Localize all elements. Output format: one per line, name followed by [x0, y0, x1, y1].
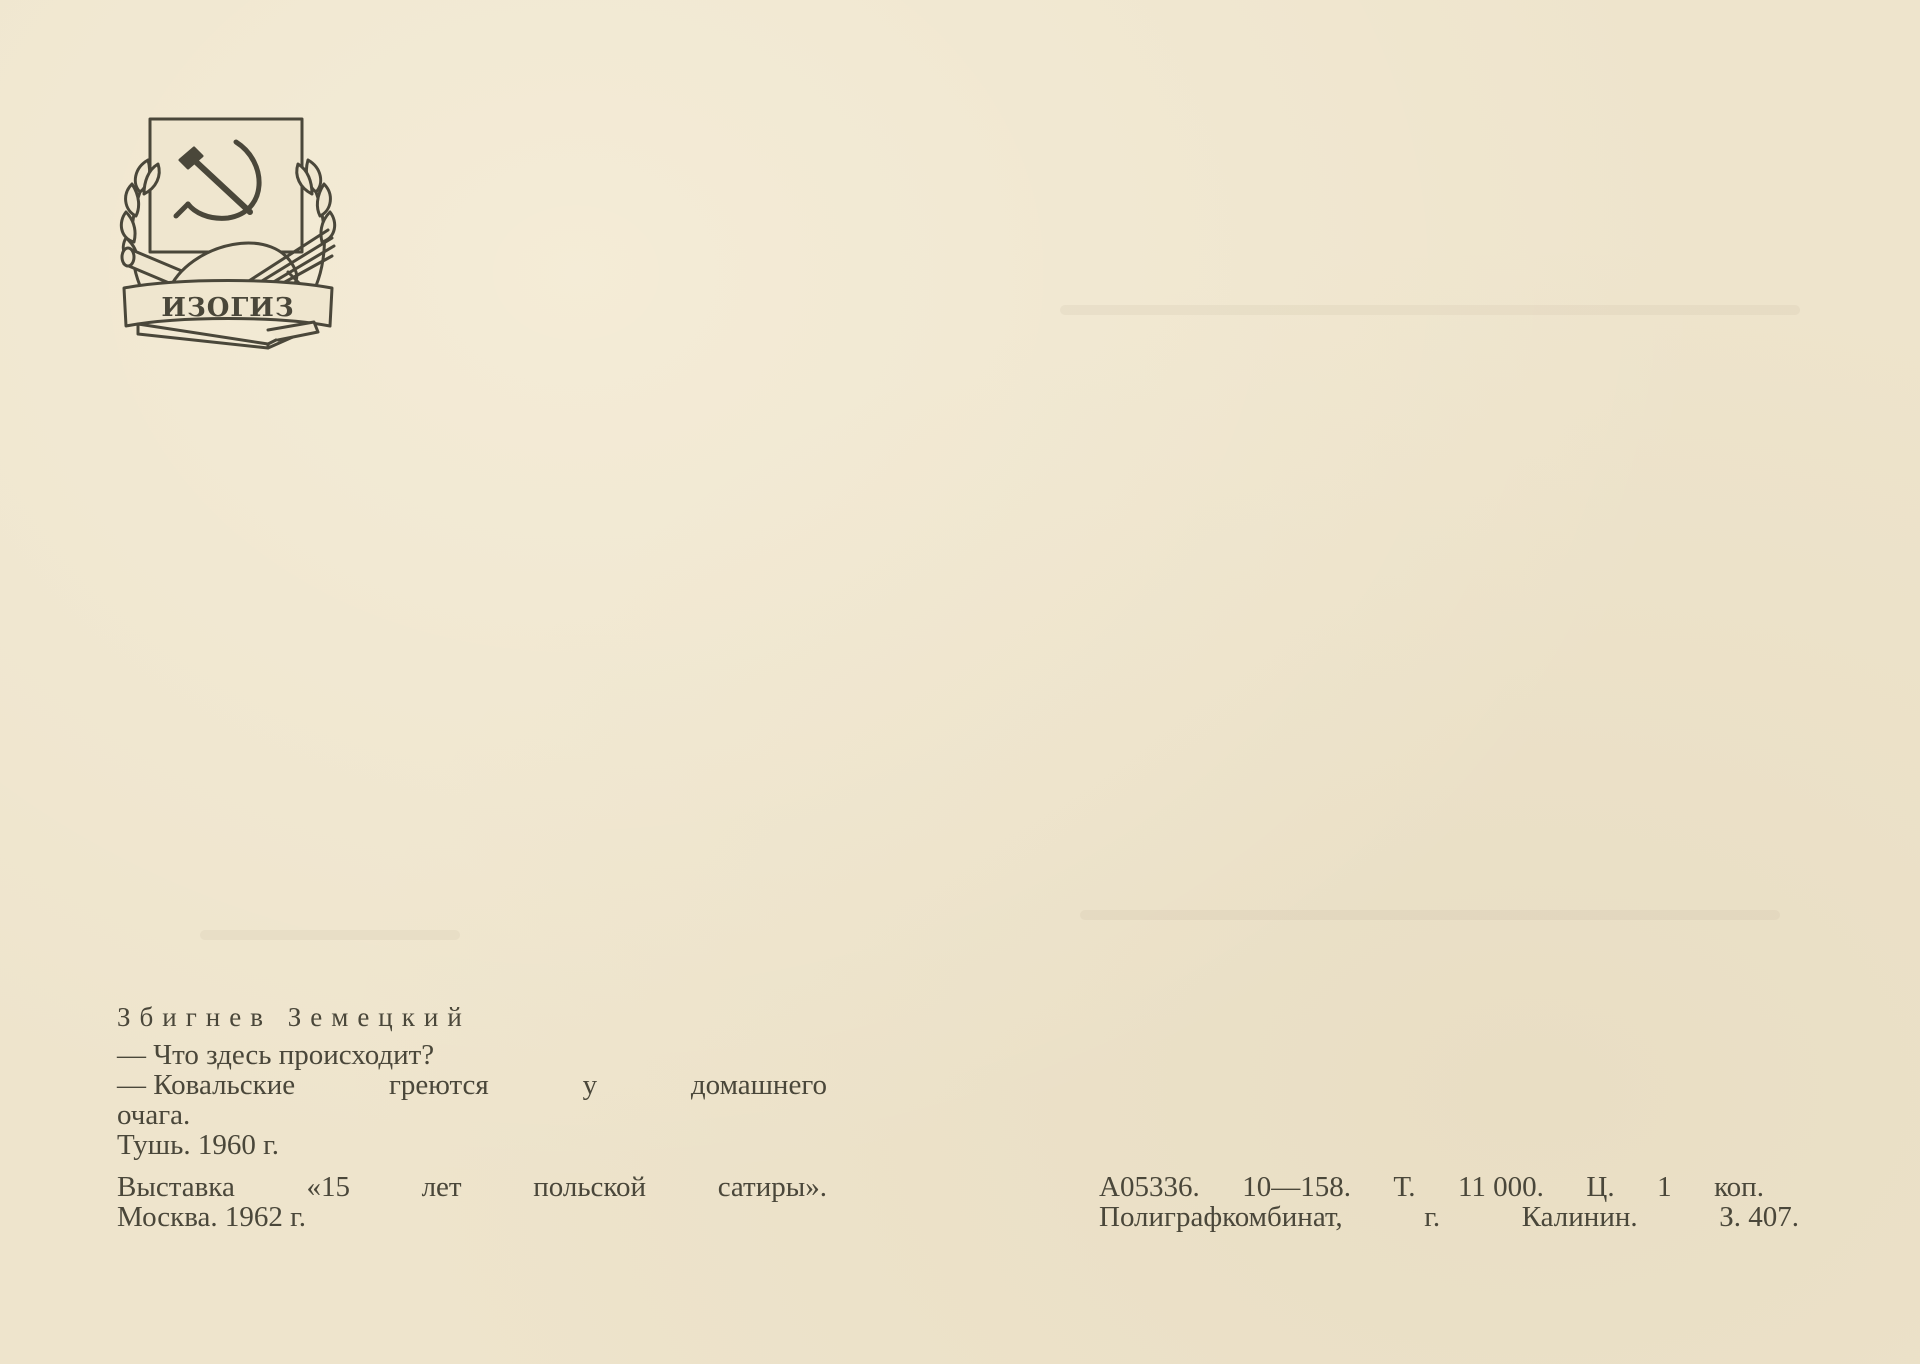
imprint-printer: Полиграфкомбинат, г. Калинин. З. 407.	[1099, 1202, 1799, 1232]
logo-text: ИЗОГИЗ	[161, 293, 294, 323]
word: 11 000.	[1458, 1172, 1544, 1202]
exhibition-info: Выставка «15 лет польской сатиры». Москв…	[117, 1172, 827, 1232]
dialogue-line: очага.	[117, 1100, 837, 1130]
show-through-mark	[200, 930, 460, 940]
word: сатиры».	[718, 1172, 827, 1202]
word: З. 407.	[1719, 1202, 1799, 1232]
book-icon	[138, 322, 318, 348]
word: Калинин.	[1522, 1202, 1638, 1232]
word: г.	[1424, 1202, 1440, 1232]
ribbon-banner: ИЗОГИЗ	[124, 281, 332, 327]
word: лет	[422, 1172, 462, 1202]
show-through-mark	[1060, 305, 1800, 315]
word: 1	[1657, 1172, 1672, 1202]
dialogue-line: — Что здесь происходит?	[117, 1040, 837, 1070]
show-through-mark	[1080, 910, 1780, 920]
artwork-caption: Збигнев Земецкий — Что здесь происходит?…	[117, 1002, 837, 1160]
word: — Ковальские	[117, 1070, 295, 1100]
artist-name: Збигнев Земецкий	[117, 1002, 837, 1032]
word: Полиграфкомбинат,	[1099, 1202, 1343, 1232]
imprint-codes: А05336. 10—158. Т. 11 000. Ц. 1 коп.	[1099, 1172, 1764, 1202]
exhibition-title: Выставка «15 лет польской сатиры».	[117, 1172, 827, 1202]
word: «15	[306, 1172, 350, 1202]
print-imprint: А05336. 10—158. Т. 11 000. Ц. 1 коп. Пол…	[1099, 1172, 1799, 1232]
word: Выставка	[117, 1172, 235, 1202]
word: Т.	[1393, 1172, 1415, 1202]
medium-and-year: Тушь. 1960 г.	[117, 1130, 837, 1160]
word: польской	[533, 1172, 646, 1202]
word: греются	[389, 1070, 489, 1100]
shield-panel	[150, 119, 302, 252]
word: А05336.	[1099, 1172, 1200, 1202]
word: 10—158.	[1242, 1172, 1351, 1202]
word: коп.	[1714, 1172, 1764, 1202]
dialogue-line: — Ковальские греются у домашнего	[117, 1070, 827, 1100]
izogiz-publisher-logo: ИЗОГИЗ	[118, 112, 340, 350]
word: у	[583, 1070, 598, 1100]
word: Ц.	[1586, 1172, 1614, 1202]
word: домашнего	[691, 1070, 827, 1100]
exhibition-place-year: Москва. 1962 г.	[117, 1202, 827, 1232]
